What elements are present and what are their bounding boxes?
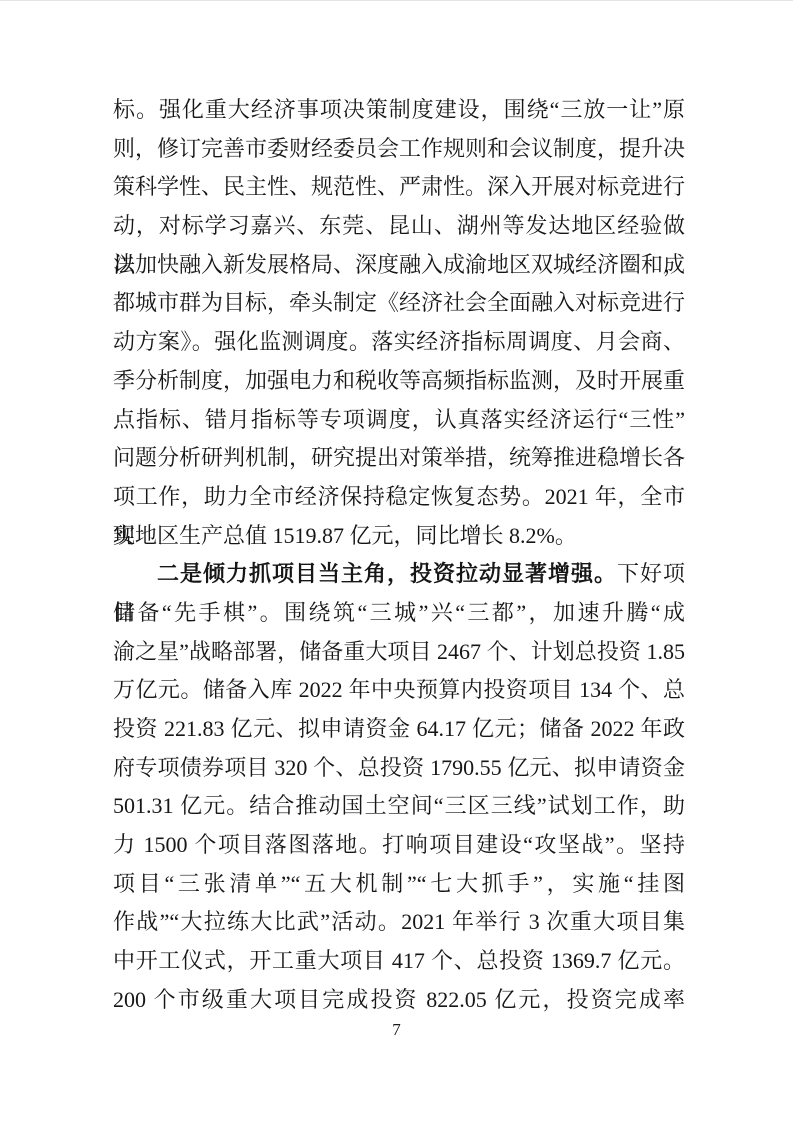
body-text-segment: 501.31 亿元。结合推动国土空间“三区三线”试划工作，助 bbox=[113, 793, 685, 818]
body-text-segment: 中开工仪式，开工重大项目 417 个、总投资 1369.7 亿元。 bbox=[113, 948, 685, 973]
text-line: 都城市群为目标，牵头制定《经济社会全面融入对标竞进行 bbox=[113, 284, 685, 323]
body-text-segment: 投资 221.83 亿元、拟申请资金 64.17 亿元；储备 2022 年政 bbox=[113, 716, 685, 741]
text-line: 点指标、错月指标等专项调度，认真落实经济运行“三性” bbox=[113, 401, 685, 440]
body-text-segment: 府专项债券项目 320 个、总投资 1790.55 亿元、拟申请资金 bbox=[113, 755, 685, 780]
text-line: 府专项债券项目 320 个、总投资 1790.55 亿元、拟申请资金 bbox=[113, 749, 685, 788]
text-line: 则，修订完善市委财经委员会工作规则和会议制度，提升决 bbox=[113, 130, 685, 169]
text-line: 投资 221.83 亿元、拟申请资金 64.17 亿元；储备 2022 年政 bbox=[113, 710, 685, 749]
body-text-segment: 万亿元。储备入库 2022 年中央预算内投资项目 134 个、总 bbox=[113, 677, 685, 702]
body-text-segment: 标。强化重大经济事项决策制度建设，围绕“三放一让”原 bbox=[113, 97, 685, 122]
text-line: 策科学性、民主性、规范性、严肃性。深入开展对标竞进行 bbox=[113, 168, 685, 207]
page-top-edge bbox=[0, 0, 793, 1]
body-text-segment: 动方案》。强化监测调度。落实经济指标周调度、月会商、 bbox=[113, 329, 685, 354]
text-line: 储备“先手棋”。围绕筑“三城”兴“三都”，加速升腾“成 bbox=[113, 594, 685, 633]
body-text-segment: 储备“先手棋”。围绕筑“三城”兴“三都”，加速升腾“成 bbox=[113, 600, 685, 625]
text-line: 501.31 亿元。结合推动国土空间“三区三线”试划工作，助 bbox=[113, 787, 685, 826]
text-line: 力 1500 个项目落图落地。打响项目建设“攻坚战”。坚持 bbox=[113, 826, 685, 865]
body-text-segment: 渝之星”战略部署，储备重大项目 2467 个、计划总投资 1.85 bbox=[113, 639, 685, 664]
body-text-segment: 以加快融入新发展格局、深度融入成渝地区双城经济圈和成 bbox=[113, 252, 685, 277]
text-line: 标。强化重大经济事项决策制度建设，围绕“三放一让”原 bbox=[113, 91, 685, 130]
page-footer: 7 bbox=[0, 1018, 793, 1042]
body-text-segment: 点指标、错月指标等专项调度，认真落实经济运行“三性” bbox=[113, 407, 685, 432]
body-text-segment: 作战”“大拉练大比武”活动。2021 年举行 3 次重大项目集 bbox=[113, 909, 685, 934]
text-line: 二是倾力抓项目当主角，投资拉动显著增强。下好项目 bbox=[113, 555, 685, 594]
document-page: 标。强化重大经济事项决策制度建设，围绕“三放一让”原 则，修订完善市委财经委员会… bbox=[0, 0, 793, 1122]
body-text-segment: 季分析制度，加强电力和税收等高频指标监测，及时开展重 bbox=[113, 368, 685, 393]
text-line: 中开工仪式，开工重大项目 417 个、总投资 1369.7 亿元。 bbox=[113, 942, 685, 981]
text-line: 以加快融入新发展格局、深度融入成渝地区双城经济圈和成 bbox=[113, 246, 685, 285]
text-line: 动，对标学习嘉兴、东莞、昆山、湖州等发达地区经验做法， bbox=[113, 207, 685, 246]
text-line: 项工作，助力全市经济保持稳定恢复态势。2021 年，全市实 bbox=[113, 478, 685, 517]
body-text-segment: 200 个市级重大项目完成投资 822.05 亿元，投资完成率 bbox=[113, 987, 685, 1012]
text-line: 渝之星”战略部署，储备重大项目 2467 个、计划总投资 1.85 bbox=[113, 633, 685, 672]
body-text-segment: 则，修订完善市委财经委员会工作规则和会议制度，提升决 bbox=[113, 136, 685, 161]
body-text-segment: 现地区生产总值 1519.87 亿元，同比增长 8.2%。 bbox=[113, 523, 577, 548]
text-line: 现地区生产总值 1519.87 亿元，同比增长 8.2%。 bbox=[113, 517, 685, 556]
text-line: 问题分析研判机制，研究提出对策举措，统筹推进稳增长各 bbox=[113, 439, 685, 478]
text-line: 季分析制度，加强电力和税收等高频指标监测，及时开展重 bbox=[113, 362, 685, 401]
document-body: 标。强化重大经济事项决策制度建设，围绕“三放一让”原 则，修订完善市委财经委员会… bbox=[113, 91, 685, 1020]
text-line: 作战”“大拉练大比武”活动。2021 年举行 3 次重大项目集 bbox=[113, 903, 685, 942]
bold-text-segment: 二是倾力抓项目当主角，投资拉动显著增强。 bbox=[157, 561, 617, 586]
body-text-segment: 策科学性、民主性、规范性、严肃性。深入开展对标竞进行 bbox=[113, 174, 685, 199]
body-text-segment: 问题分析研判机制，研究提出对策举措，统筹推进稳增长各 bbox=[113, 445, 685, 470]
body-text-segment: 项目“三张清单”“五大机制”“七大抓手”，实施“挂图 bbox=[113, 871, 685, 896]
text-line: 万亿元。储备入库 2022 年中央预算内投资项目 134 个、总 bbox=[113, 671, 685, 710]
body-text-segment: 都城市群为目标，牵头制定《经济社会全面融入对标竞进行 bbox=[113, 290, 685, 315]
text-line: 200 个市级重大项目完成投资 822.05 亿元，投资完成率 bbox=[113, 981, 685, 1020]
text-line: 动方案》。强化监测调度。落实经济指标周调度、月会商、 bbox=[113, 323, 685, 362]
body-text-segment: 力 1500 个项目落图落地。打响项目建设“攻坚战”。坚持 bbox=[113, 832, 685, 857]
text-line: 项目“三张清单”“五大机制”“七大抓手”，实施“挂图 bbox=[113, 865, 685, 904]
page-number: 7 bbox=[392, 1020, 401, 1039]
